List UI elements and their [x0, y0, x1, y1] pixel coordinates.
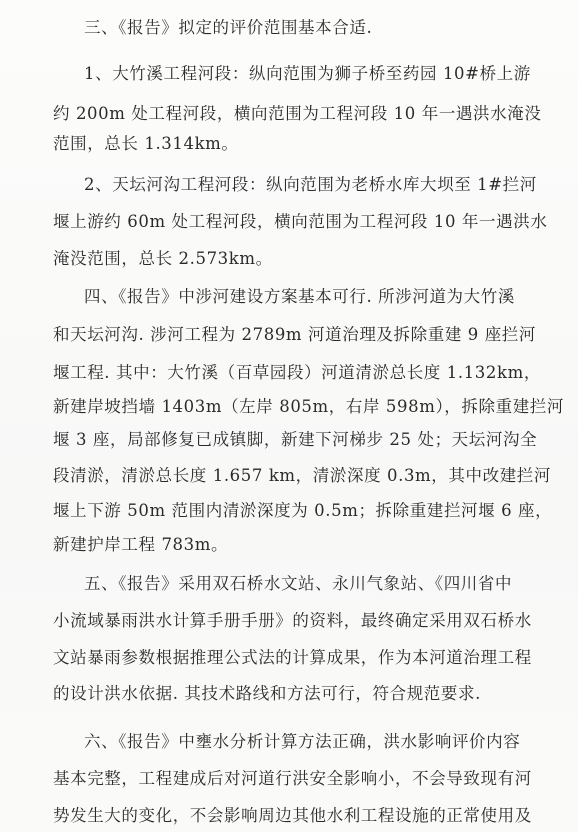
section-five-heading: 五、《报告》采用双石桥水文站、永川气象站、《四川省中 [84, 574, 512, 594]
paragraph-line: 基本完整，工程建成后对河道行洪安全影响小，不会导致现有河 [53, 769, 532, 789]
paragraph-line: 堰上游约 60m 处工程河段，横向范围为工程河段 10 年一遇洪水 [53, 212, 547, 232]
paragraph-line: 堰上下游 50m 范围内清淤深度为 0.5m；拆除重建拦河堰 6 座， [53, 501, 552, 521]
paragraph-line: 新建护岸工程 783m。 [53, 535, 228, 555]
paragraph-line: 约 200m 处工程河段，横向范围为工程河段 10 年一遇洪水淹没 [53, 104, 541, 124]
paragraph-line: 文站暴雨参数根据推理公式法的计算成果，作为本河道治理工程 [53, 648, 532, 668]
paragraph-line: 的设计洪水依据. 其技术路线和方法可行，符合规范要求. [53, 684, 481, 704]
paragraph-line: 1、大竹溪工程河段：纵向范围为狮子桥至药园 10#桥上游 [84, 64, 531, 84]
section-six-heading: 六、《报告》中壅水分析计算方法正确，洪水影响评价内容 [84, 732, 520, 752]
paragraph-line: 2、天坛河沟工程河段：纵向范围为老桥水库大坝至 1#拦河 [84, 175, 537, 195]
paragraph-line: 范围，总长 1.314km。 [53, 134, 239, 154]
paragraph-line: 和天坛河沟. 涉河工程为 2789m 河道治理及拆除重建 9 座拦河 [53, 325, 536, 345]
paragraph-line: 堰工程. 其中：大竹溪（百草园段）河道清淤总长度 1.132km， [53, 363, 541, 383]
paragraph-line: 小流域暴雨洪水计算手册手册》的资料，最终确定采用双石桥水 [53, 611, 532, 631]
paragraph-line: 段清淤，清淤总长度 1.657 km，清淤深度 0.3m，其中改建拦河 [53, 466, 551, 486]
paragraph-line: 势发生大的变化，不会影响周边其他水利工程设施的正常使用及 [53, 806, 532, 826]
paragraph-line: 淹没范围，总长 2.573km。 [53, 249, 273, 269]
document-page: 三、《报告》拟定的评价范围基本合适. 1、大竹溪工程河段：纵向范围为狮子桥至药园… [0, 0, 578, 832]
section-three-heading: 三、《报告》拟定的评价范围基本合适. [84, 18, 372, 38]
paragraph-line: 新建岸坡挡墙 1403m（左岸 805m，右岸 598m），拆除重建拦河 [53, 397, 564, 417]
paragraph-line: 堰 3 座，局部修复已成镇脚，新建下河梯步 25 处；天坛河沟全 [53, 430, 537, 450]
section-four-heading: 四、《报告》中涉河建设方案基本可行. 所涉河道为大竹溪 [84, 287, 515, 307]
